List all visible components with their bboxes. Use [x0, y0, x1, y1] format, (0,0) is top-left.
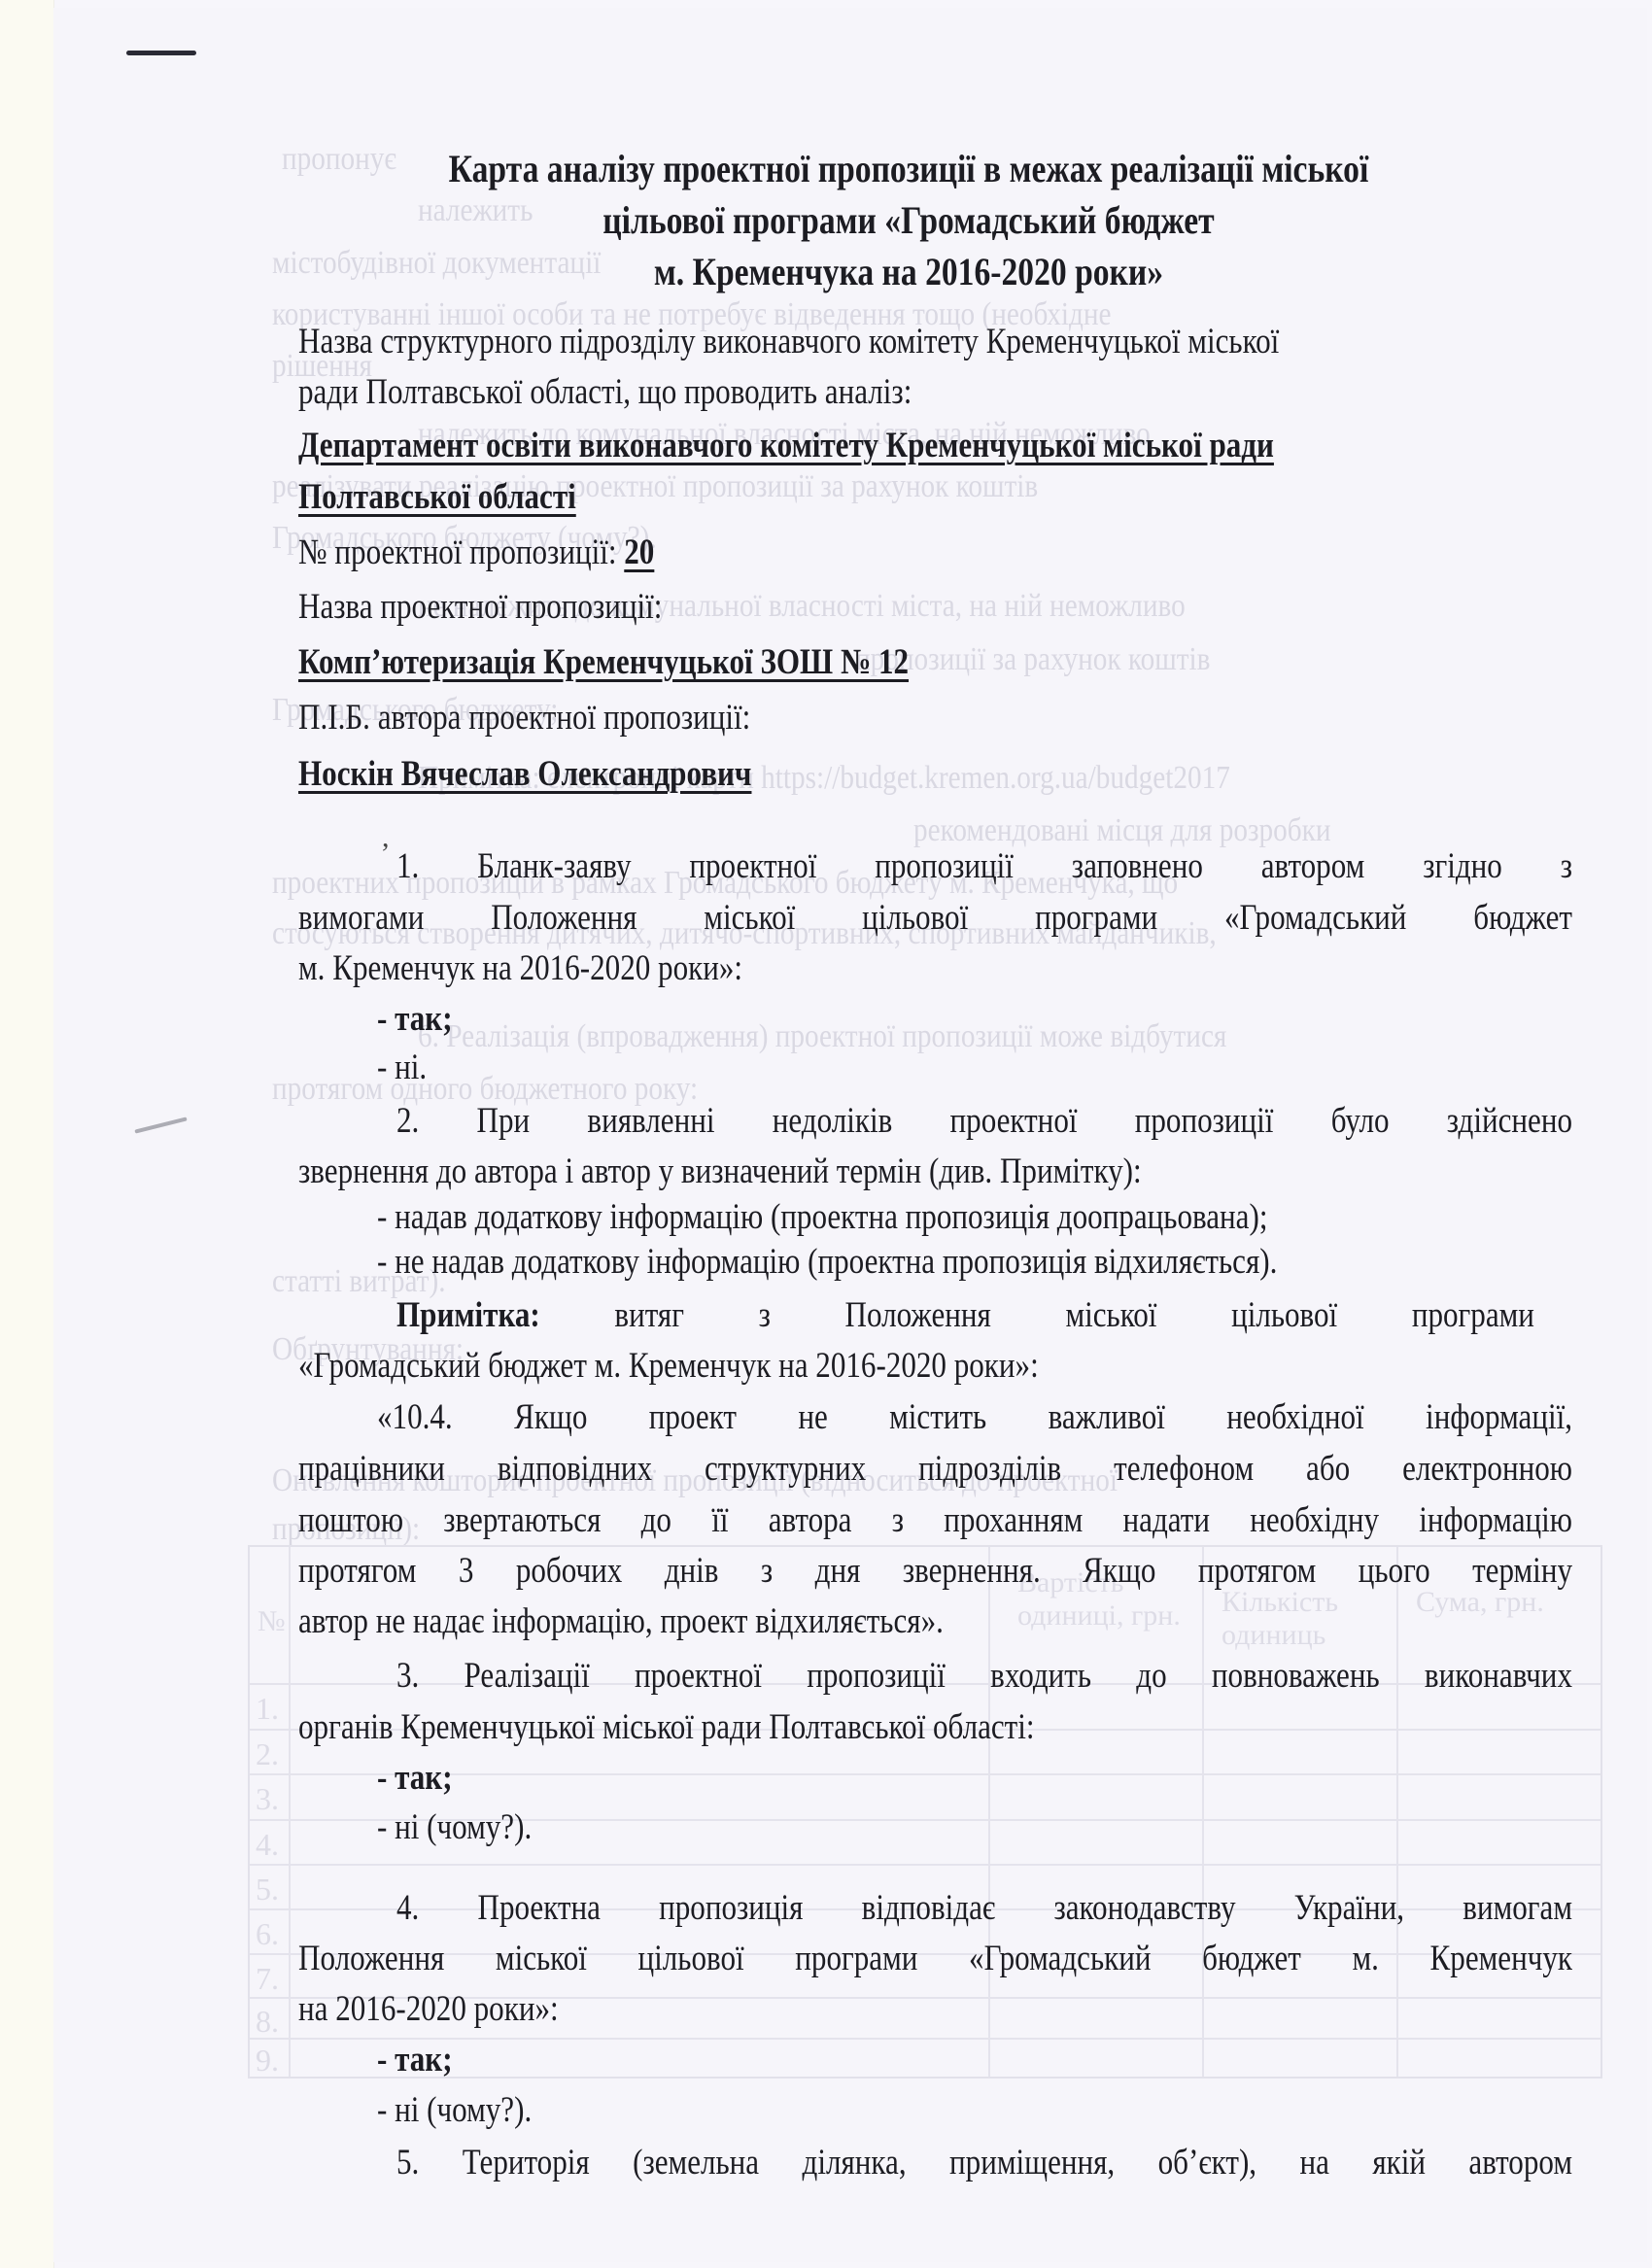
quote-line: «10.4. Якщо проект не містить важливої н…	[377, 1399, 1572, 1435]
proposal-name-value: Комп’ютеризація Кременчуцької ЗОШ № 12	[298, 644, 909, 680]
proposal-number-value: 20	[624, 533, 654, 572]
section-4-option-no[interactable]: - ні (чому?).	[377, 2092, 532, 2128]
note-label: Примітка:	[396, 1295, 540, 1335]
section-1-line: вимогами Положення міської цільової прог…	[298, 900, 1572, 936]
department-label: Назва структурного підрозділу виконавчог…	[298, 324, 1279, 360]
department-value: Департамент освіти виконавчого комітету …	[298, 428, 1274, 464]
section-1-option-no[interactable]: - ні.	[377, 1049, 427, 1085]
proposal-number-row: № проектної пропозиції: 20	[298, 534, 654, 570]
author-value: Носкін Вячеслав Олександрович	[298, 756, 751, 792]
note-text: витяг з Положення міської цільової прогр…	[540, 1295, 1534, 1335]
quote-line: працівники відповідних структурних підро…	[298, 1451, 1572, 1487]
document-content: Карта аналізу проектної пропозиції в меж…	[0, 0, 1652, 2268]
note-text: «Громадський бюджет м. Кременчук на 2016…	[298, 1348, 1039, 1384]
section-4-line: Положення міської цільової програми «Гро…	[298, 1941, 1572, 1976]
section-4-line: на 2016-2020 роки»:	[298, 1991, 559, 2027]
section-4-line: 4. Проектна пропозиція відповідає законо…	[396, 1890, 1572, 1926]
proposal-name-label: Назва проектної пропозиції:	[298, 589, 662, 625]
section-2-line: 2. При виявленні недоліків проектної про…	[396, 1103, 1572, 1139]
department-value: Полтавської області	[298, 479, 576, 515]
section-3-line: 3. Реалізації проектної пропозиції входи…	[396, 1658, 1572, 1694]
section-4-option-yes[interactable]: - так;	[377, 2042, 453, 2078]
author-label: П.І.Б. автора проектної пропозиції:	[298, 700, 750, 736]
section-5-line: 5. Територія (земельна ділянка, приміщен…	[396, 2145, 1572, 2181]
section-2-option-not-provided[interactable]: - не надав додаткову інформацію (проектн…	[377, 1244, 1277, 1280]
department-label: ради Полтавської області, що проводить а…	[298, 374, 912, 410]
quote-line: поштою звертаються до її автора з прохан…	[298, 1502, 1572, 1538]
section-2-option-provided[interactable]: - надав додаткову інформацію (проектна п…	[377, 1199, 1267, 1235]
section-3-option-yes[interactable]: - так;	[377, 1760, 453, 1796]
section-3-option-no[interactable]: - ні (чому?).	[377, 1809, 532, 1845]
section-1-line: м. Кременчук на 2016-2020 роки»:	[298, 950, 742, 986]
document-title-line-2: цільової програми «Громадський бюджет	[215, 197, 1602, 243]
proposal-number-label: № проектної пропозиції:	[298, 533, 624, 572]
stray-mark: ,	[382, 821, 390, 854]
quote-line: автор не надає інформацію, проект відхил…	[298, 1603, 944, 1639]
section-2-line: звернення до автора і автор у визначений…	[298, 1153, 1142, 1189]
section-3-line: органів Кременчуцької міської ради Полта…	[298, 1709, 1035, 1745]
section-1-option-yes[interactable]: - так;	[377, 1001, 453, 1037]
section-1-line: 1. Бланк-заяву проектної пропозиції запо…	[396, 848, 1572, 884]
note-row: Примітка: витяг з Положення міської ціль…	[396, 1297, 1572, 1333]
document-title-line-1: Карта аналізу проектної пропозиції в меж…	[215, 146, 1602, 191]
quote-line: протягом 3 робочих днів з дня звернення.…	[298, 1553, 1572, 1589]
document-title-line-3: м. Кременчука на 2016-2020 роки»	[215, 249, 1602, 294]
